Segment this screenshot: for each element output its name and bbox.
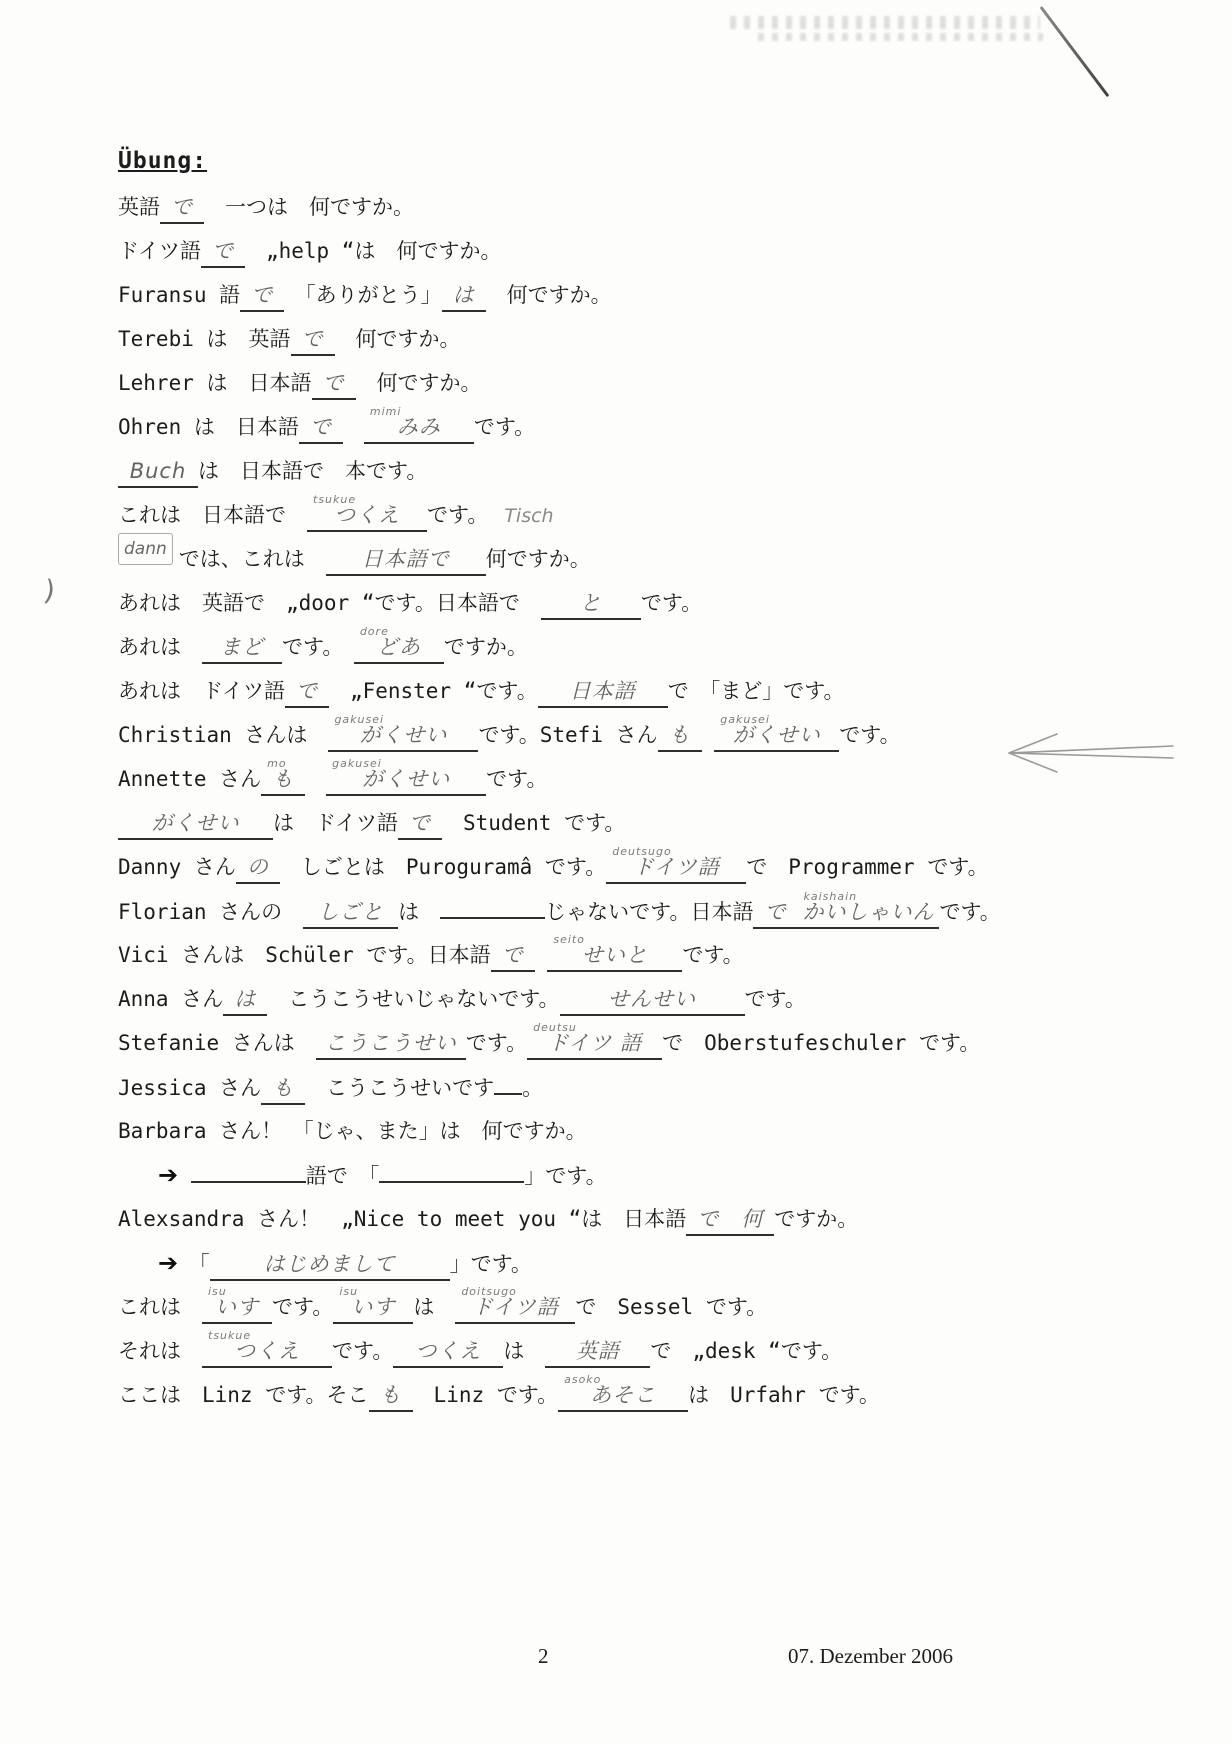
exercise-line: Terebi は 英語で 何ですか。 [118, 324, 1153, 368]
handwritten-answer: は [223, 984, 267, 1016]
handwritten-answer: 英語 [545, 1336, 650, 1368]
handwritten-answer: せいとseito [547, 940, 682, 972]
printed-text: Terebi は 英語 [118, 324, 291, 354]
exercise-line: Anna さんは こうこうせいじゃないです。せんせいです。 [118, 984, 1153, 1028]
exercise-line: ➔ 語で 「」です。 [118, 1160, 1153, 1204]
printed-text [702, 720, 715, 750]
blank-field [379, 1160, 524, 1183]
romaji-annotation: doitsugo [461, 1277, 517, 1307]
handwritten-answer: で [312, 368, 356, 400]
exercise-line: 英語で 一つは 何ですか。 [118, 192, 1153, 236]
exercise-lines: 英語で 一つは 何ですか。ドイツ語で „help “は 何ですか。Furansu… [118, 192, 1153, 1424]
exercise-line: Barbara さん！ 「じゃ、また」は 何ですか。 [118, 1116, 1153, 1160]
boxed-pencil-annotation: dann [118, 533, 173, 565]
handwritten-answer: つくえtsukue [202, 1336, 332, 1368]
exercise-line: Jessica さんも こうこうせいです。 [118, 1072, 1153, 1116]
printed-text: こうこうせいです [305, 1073, 494, 1103]
printed-text: あれは [118, 632, 202, 662]
printed-text: は [413, 1292, 455, 1322]
printed-text [343, 412, 364, 442]
answer-arrow-icon: ➔ [158, 1248, 178, 1278]
exercise-line: ➔ 「はじめまして」です。 [118, 1248, 1153, 1292]
romaji-annotation: isu [339, 1277, 358, 1307]
romaji-annotation: gakusei [334, 705, 384, 735]
handwritten-answer: がくせいgakusei [326, 764, 486, 796]
printed-text: それは [118, 1336, 202, 1366]
exercise-line: Florian さんの しごとは じゃないです。日本語でかいしゃいんkaisha… [118, 896, 1153, 940]
printed-text: Jessica さん [118, 1073, 261, 1103]
blank-field [494, 1072, 522, 1095]
printed-text: 何ですか。 [356, 368, 482, 398]
handwritten-answer: で [753, 897, 797, 929]
handwritten-answer: も [369, 1380, 413, 1412]
exercise-line: dannでは、これは 日本語で何ですか。 [118, 544, 1153, 588]
printed-text: これは 日本語で [118, 500, 307, 530]
printed-text: Lehrer は 日本語 [118, 368, 312, 398]
handwritten-answer: で [240, 280, 284, 312]
handwritten-answer: 何 [730, 1204, 774, 1236]
printed-text: です。 [682, 940, 743, 970]
printed-text: です。 [486, 764, 547, 794]
handwritten-answer: こうこうせい [316, 1028, 466, 1060]
romaji-annotation: kaishain [803, 882, 857, 912]
handwritten-answer: 日本語で [326, 544, 486, 576]
printed-text: です。 [427, 500, 488, 530]
romaji-annotation: isu [208, 1277, 227, 1307]
printed-text: は Urfahr です。 [688, 1380, 880, 1410]
romaji-annotation: tsukue [313, 485, 356, 515]
printed-text: で „desk “です。 [650, 1336, 842, 1366]
printed-text: で 「まど」です。 [668, 676, 845, 706]
printed-text: は 日本語で 本です。 [198, 456, 427, 486]
margin-handwritten-note: Tisch [504, 501, 553, 531]
printed-text: ドイツ語 [118, 236, 201, 266]
page-number: 2 [538, 1644, 549, 1669]
handwritten-answer: せんせい [560, 984, 745, 1016]
printed-text: 英語 [118, 192, 160, 222]
blank-field [191, 1160, 306, 1183]
exercise-line: ここは Linz です。そこも Linz です。あそこasokoは Urfahr… [118, 1380, 1153, 1424]
handwritten-answer: いすisu [333, 1292, 413, 1324]
printed-text: Student です。 [442, 808, 625, 838]
romaji-annotation: gakusei [332, 749, 382, 779]
printed-text: です。 [466, 1028, 527, 1058]
margin-pencil-mark: ) [42, 573, 57, 607]
printed-text: で Sessel です。 [575, 1292, 767, 1322]
printed-text: しごとは Puroguramâ です。 [280, 852, 606, 882]
exercise-line: ドイツ語で „help “は 何ですか。 [118, 236, 1153, 280]
exercise-line: Stefanie さんは こうこうせいです。ドイツ 語deutsuで Obers… [118, 1028, 1153, 1072]
printed-text: 」です。 [450, 1249, 532, 1279]
printed-text: です。 [641, 588, 702, 618]
answer-arrow-icon: ➔ [158, 1160, 178, 1190]
printed-text: じゃないです。日本語 [545, 897, 753, 927]
handwritten-answer: の [236, 852, 280, 884]
handwritten-answer: で [686, 1204, 730, 1236]
printed-text: は ドイツ語 [273, 808, 398, 838]
exercise-line: Vici さんは Schüler です。日本語で せいとseitoです。 [118, 940, 1153, 984]
printed-text: Christian さんは [118, 720, 328, 750]
printed-text: 「 [178, 1249, 210, 1279]
handwritten-answer: つくえtsukue [307, 500, 427, 532]
printed-text: で Oberstufeschuler です。 [662, 1028, 980, 1058]
romaji-annotation: mimi [370, 397, 402, 427]
handwritten-answer: で [491, 940, 535, 972]
printed-text: これは [118, 1292, 202, 1322]
printed-text: „help “は 何ですか。 [245, 236, 502, 266]
printed-text: です。 [474, 412, 535, 442]
handwritten-answer: で [160, 192, 204, 224]
handwritten-answer: 日本語 [538, 676, 668, 708]
printed-text: は [503, 1336, 545, 1366]
handwritten-answer: もmo [261, 764, 305, 796]
romaji-annotation: asoko [564, 1365, 601, 1395]
printed-text: Annette さん [118, 764, 261, 794]
page-date: 07. Dezember 2006 [788, 1644, 953, 1669]
handwritten-answer: いすisu [202, 1292, 272, 1324]
romaji-annotation: seito [553, 925, 585, 955]
exercise-line: Buchは 日本語で 本です。 [118, 456, 1153, 500]
exercise-line: あれは ドイツ語で „Fenster “です。日本語で 「まど」です。 [118, 676, 1153, 720]
printed-text: „Fenster “です。 [329, 676, 538, 706]
printed-text: 何ですか。 [335, 324, 461, 354]
printed-text: Linz です。 [413, 1380, 559, 1410]
printed-text: 。 [522, 1073, 543, 1103]
printed-text: あれは 英語で „door “です。日本語で [118, 588, 541, 618]
printed-text: Florian さんの [118, 897, 303, 927]
romaji-annotation: deutsugo [612, 837, 671, 867]
handwritten-answer: も [658, 720, 702, 752]
printed-text [305, 764, 326, 794]
worksheet-title: Übung: [118, 148, 1153, 174]
printed-text [535, 940, 548, 970]
printed-text: は [398, 897, 440, 927]
handwritten-answer: あそこasoko [558, 1380, 688, 1412]
handwritten-answer: つくえ [393, 1336, 503, 1368]
printed-text: ですか。 [444, 632, 528, 662]
printed-text: で Programmer です。 [746, 852, 988, 882]
printed-text: Anna さん [118, 984, 223, 1014]
handwritten-answer: で [299, 412, 343, 444]
handwritten-answer: ドイツ語doitsugo [455, 1292, 575, 1324]
printed-text: あれは ドイツ語 [118, 676, 285, 706]
exercise-line: Danny さんの しごとは Puroguramâ です。ドイツ語deutsug… [118, 852, 1153, 896]
handwritten-answer: ドイツ語deutsugo [606, 852, 746, 884]
exercise-line: これは 日本語で つくえtsukueです。Tisch [118, 500, 1153, 544]
printed-text: Stefanie さんは [118, 1028, 316, 1058]
handwritten-answer: と [541, 588, 641, 620]
exercise-line: あれは まどです。 どあdoreですか。 [118, 632, 1153, 676]
printed-text: 語で 「 [306, 1161, 380, 1191]
scanned-worksheet-page: ) Übung: 英語で 一つは 何ですか。ドイツ語で „help “は 何です… [0, 0, 1232, 1744]
printed-text: 「ありがとう」 [284, 280, 442, 310]
printed-text: です。 [332, 1336, 393, 1366]
exercise-line: これは いすisuです。いすisuは ドイツ語doitsugoで Sessel … [118, 1292, 1153, 1336]
printed-text: 何ですか。 [486, 280, 612, 310]
romaji-annotation: deutsu [533, 1013, 577, 1043]
printed-text: 一つは 何ですか。 [204, 192, 414, 222]
handwritten-answer: どあdore [354, 632, 444, 664]
printed-text: です。 [282, 632, 354, 662]
handwritten-answer: しごと [303, 897, 398, 929]
exercise-line: それは つくえtsukueです。つくえは 英語で „desk “です。 [118, 1336, 1153, 1380]
printed-text: です。 [745, 984, 806, 1014]
handwritten-answer: がくせいgakusei [714, 720, 839, 752]
romaji-annotation: gakusei [720, 705, 770, 735]
exercise-line: Annette さんもmo がくせいgakuseiです。 [118, 764, 1153, 808]
handwritten-answer: まど [202, 632, 282, 664]
handwritten-answer: は [442, 280, 486, 312]
handwritten-answer: がくせい [118, 808, 273, 840]
exercise-line: Furansu 語で 「ありがとう」は 何ですか。 [118, 280, 1153, 324]
handwritten-answer: かいしゃいんkaishain [797, 897, 939, 929]
exercise-line: Alexsandra さん！ „Nice to meet you “は 日本語で… [118, 1204, 1153, 1248]
printed-text: 」です。 [524, 1161, 606, 1191]
printed-text: こうこうせいじゃないです。 [267, 984, 559, 1014]
exercise-line: Ohren は 日本語で みみmimiです。 [118, 412, 1153, 456]
exercise-line: あれは 英語で „door “です。日本語で とです。 [118, 588, 1153, 632]
printed-text: では、これは [179, 544, 326, 574]
printed-text: Barbara さん！ 「じゃ、また」は 何ですか。 [118, 1116, 587, 1146]
blank-field [440, 896, 545, 919]
romaji-annotation: tsukue [208, 1321, 251, 1351]
handwritten-answer: で [291, 324, 335, 356]
printed-text: ですか。 [774, 1204, 858, 1234]
handwritten-answer: ドイツ 語deutsu [527, 1028, 662, 1060]
worksheet-content: Übung: 英語で 一つは 何ですか。ドイツ語で „help “は 何ですか。… [118, 148, 1153, 1424]
handwritten-answer: はじめまして [210, 1249, 450, 1281]
handwritten-answer: で [285, 676, 329, 708]
exercise-line: Lehrer は 日本語で 何ですか。 [118, 368, 1153, 412]
printed-text: です。 [939, 897, 1000, 927]
handwritten-answer: も [261, 1073, 305, 1105]
printed-text: Ohren は 日本語 [118, 412, 299, 442]
printed-text: 何ですか。 [486, 544, 591, 574]
printed-text: です。 [839, 720, 900, 750]
handwritten-answer: Buch [118, 456, 198, 488]
scan-smudge [758, 33, 1043, 41]
scan-smudge [730, 16, 1040, 29]
romaji-annotation: dore [360, 617, 389, 647]
handwritten-answer: で [201, 236, 245, 268]
handwritten-answer: みみmimi [364, 412, 474, 444]
printed-text: Alexsandra さん！ „Nice to meet you “は 日本語 [118, 1204, 686, 1234]
handwritten-answer: がくせいgakusei [328, 720, 478, 752]
printed-text: Danny さん [118, 852, 236, 882]
printed-text: ここは Linz です。そこ [118, 1380, 369, 1410]
printed-text [178, 1161, 191, 1191]
printed-text: です。Stefi さん [478, 720, 657, 750]
printed-text: です。 [272, 1292, 333, 1322]
printed-text: Vici さんは Schüler です。日本語 [118, 940, 491, 970]
handwritten-answer: で [398, 808, 442, 840]
printed-text: Furansu 語 [118, 280, 240, 310]
romaji-annotation: mo [267, 749, 286, 779]
page-crease-mark [1040, 6, 1110, 97]
